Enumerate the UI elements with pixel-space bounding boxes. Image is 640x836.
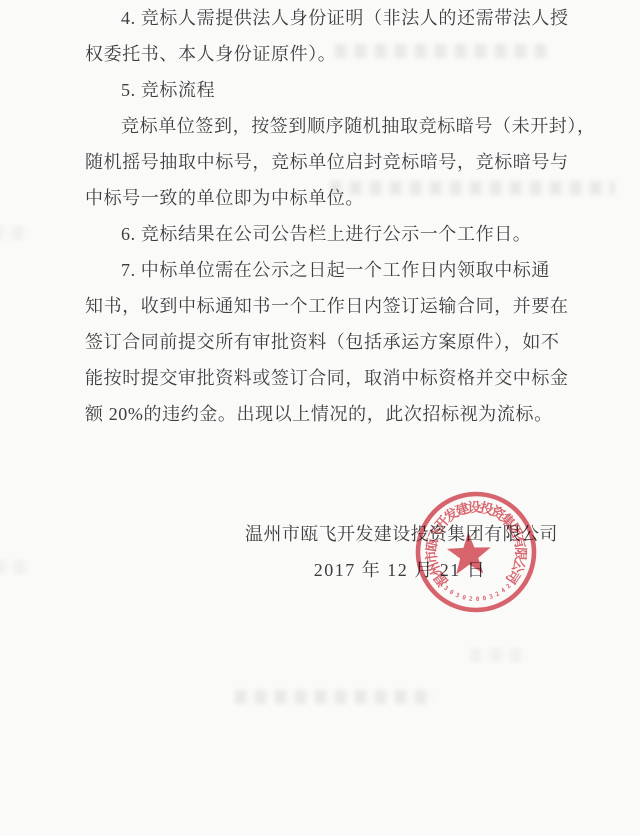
- scan-artifact: [335, 44, 550, 58]
- seal-star-icon: [446, 531, 491, 574]
- svg-text:3: 3: [488, 593, 494, 601]
- text-line: 5. 竞标流程: [85, 72, 560, 108]
- text-line: 额 20%的违约金。出现以上情况的，此次招标视为流标。: [85, 396, 560, 432]
- text-line: 4. 竞标人需提供法人身份证明（非法人的还需带法人授: [85, 0, 560, 36]
- company-seal: 温州市瓯飞开发建设投资集团有限公司 3303020032420: [406, 482, 547, 623]
- body-text: 4. 竞标人需提供法人身份证明（非法人的还需带法人授权委托书、本人身份证原件）。…: [85, 0, 560, 432]
- scan-artifact: [235, 690, 435, 704]
- scan-artifact: [0, 226, 32, 240]
- scan-artifact: [470, 648, 530, 662]
- text-line: 能按时提交审批资料或签订合同，取消中标资格并交中标金: [85, 360, 560, 396]
- text-line: 6. 竞标结果在公司公告栏上进行公示一个工作日。: [85, 216, 560, 252]
- scan-artifact: [330, 181, 615, 195]
- svg-text:0: 0: [476, 596, 480, 603]
- scanned-document-page: 4. 竞标人需提供法人身份证明（非法人的还需带法人授权委托书、本人身份证原件）。…: [0, 0, 640, 836]
- text-line: 竞标单位签到，按签到顺序随机抽取竞标暗号（未开封），: [85, 108, 560, 144]
- text-line: 随机摇号抽取中标号，竞标单位启封竞标暗号，竞标暗号与: [85, 144, 560, 180]
- svg-text:0: 0: [448, 589, 455, 597]
- text-line: 7. 中标单位需在公示之日起一个工作日内领取中标通: [85, 252, 560, 288]
- svg-text:2: 2: [494, 590, 501, 598]
- svg-text:2: 2: [469, 596, 474, 603]
- text-line: 知书，收到中标通知书一个工作日内签订运输合同，并要在: [85, 288, 560, 324]
- text-line: 签订合同前提交所有审批资料（包括承运方案原件），如不: [85, 324, 560, 360]
- scan-artifact: [0, 560, 30, 574]
- svg-text:0: 0: [461, 594, 467, 602]
- svg-text:4: 4: [500, 587, 507, 595]
- svg-text:0: 0: [482, 595, 487, 603]
- svg-text:3: 3: [454, 592, 460, 600]
